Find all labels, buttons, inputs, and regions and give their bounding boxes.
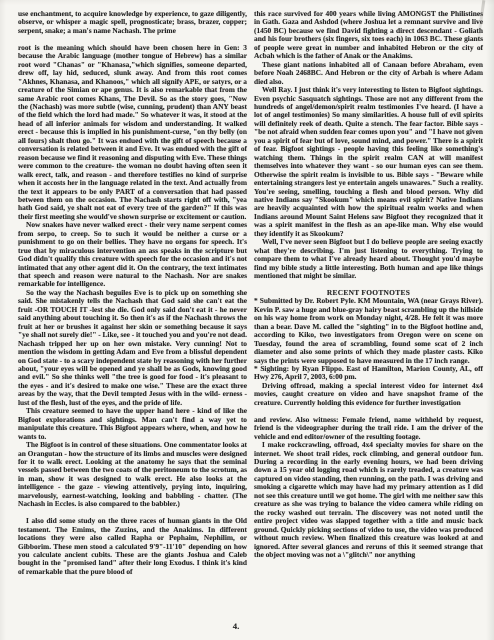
text-columns: use enchantment, to acquire knowledge by… xyxy=(18,10,484,576)
paragraph: So the way the Nachash beguiles Eve is t… xyxy=(18,289,247,407)
paragraph: this race survived for 400 years while l… xyxy=(254,10,483,61)
paragraph: The Bigfoot is in control of these situa… xyxy=(18,441,247,509)
right-column: this race survived for 400 years while l… xyxy=(254,10,483,576)
paragraph: root is the meaning which should have be… xyxy=(18,44,247,222)
left-column: use enchantment, to acquire knowledge by… xyxy=(18,10,247,576)
footnote-paragraph: * Sighting: by Ryan Flippo. East of Hami… xyxy=(254,365,483,382)
paragraph: I also did some study on the three races… xyxy=(18,517,247,576)
footnote-paragraph: * Submitted by Dr. Robert Pyle. KM Mount… xyxy=(254,297,483,365)
paragraph: Well Ray. I just think it's very interes… xyxy=(254,86,483,238)
scan-edge-artifact xyxy=(490,180,492,400)
footnote-paragraph: Driving offroad, making a special intere… xyxy=(254,382,483,407)
scanned-page: use enchantment, to acquire knowledge by… xyxy=(0,0,494,640)
footnote-paragraph: and review. Also witness: Female friend,… xyxy=(254,416,483,441)
footnote-paragraph: I make rockcrawling, offroad, 4x4 specia… xyxy=(254,441,483,559)
paragraph: Now snakes have never walked erect - the… xyxy=(18,221,247,289)
paragraph: Well, I've never seen Bigfoot but I do b… xyxy=(254,238,483,280)
page-number: 4. xyxy=(0,621,472,631)
paragraph: use enchantment, to acquire knowledge by… xyxy=(18,10,247,35)
paragraph: These giant nations inhabited all of Can… xyxy=(254,61,483,86)
paragraph: This creature seemed to have the upper h… xyxy=(18,407,247,441)
